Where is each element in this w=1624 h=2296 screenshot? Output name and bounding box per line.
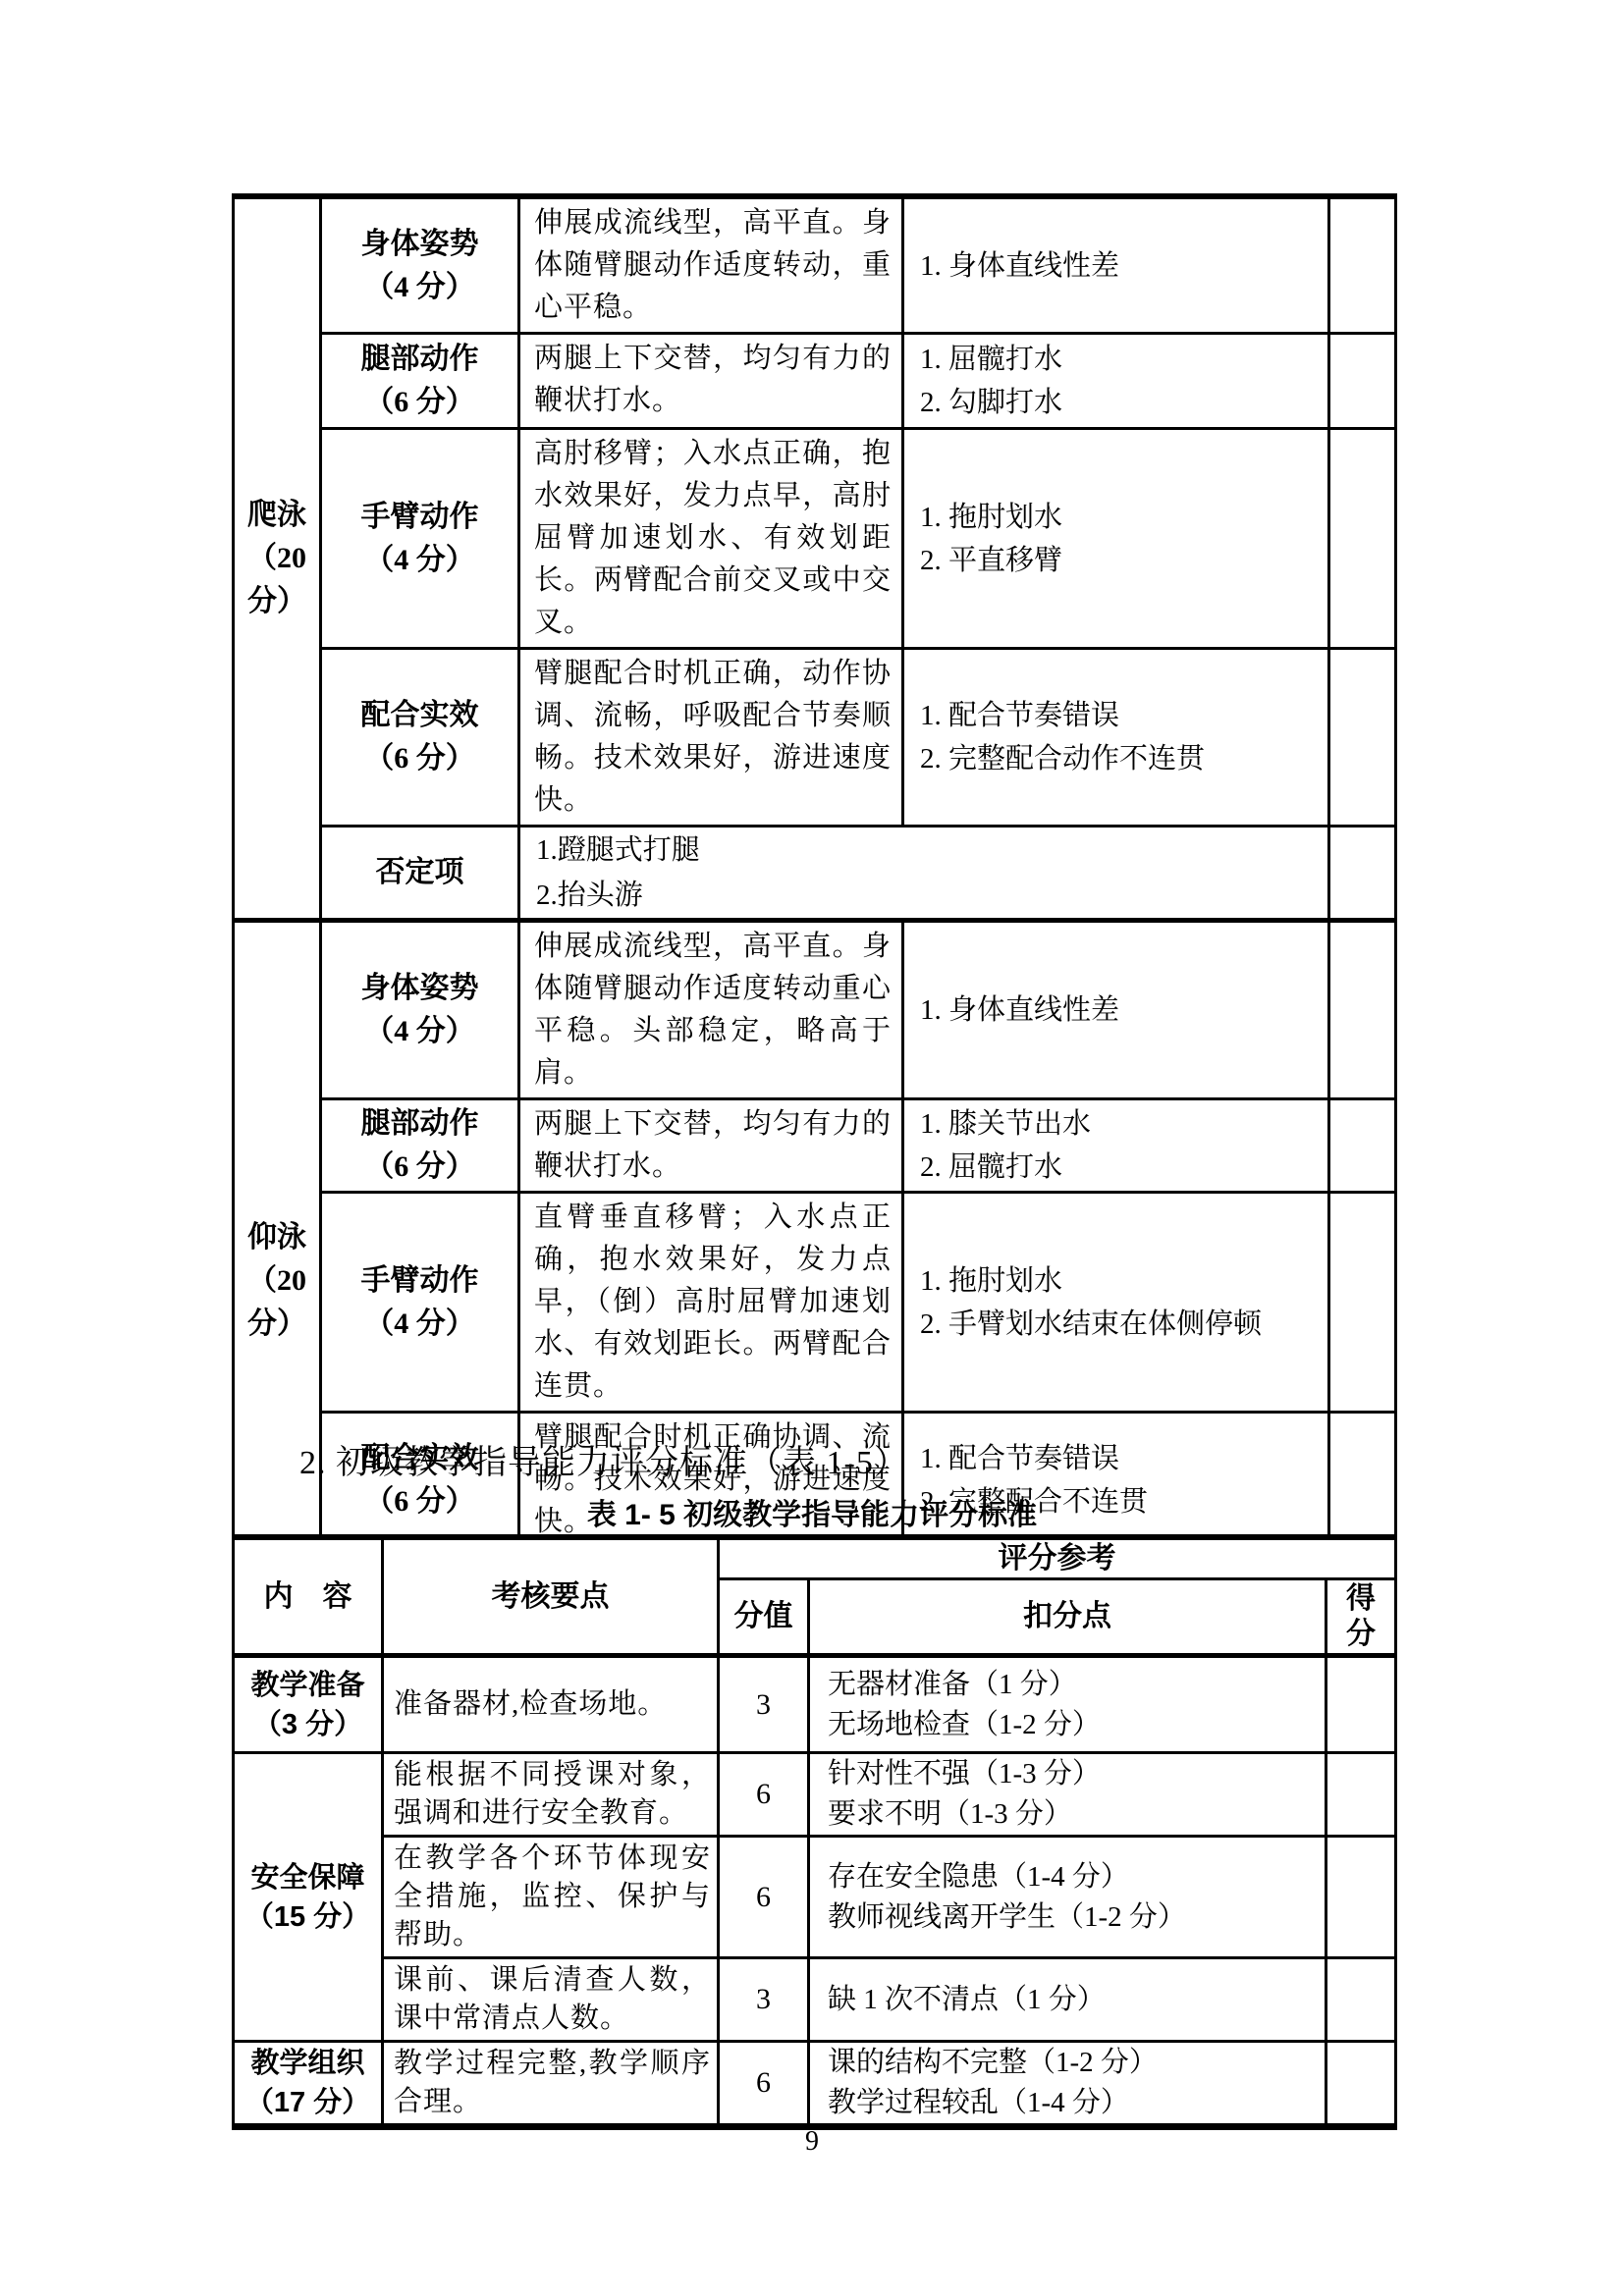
category-line: 爬泳 [235, 494, 319, 537]
description-cell: 两腿上下交替，均匀有力的鞭状打水。 [519, 1099, 903, 1193]
header-value: 分值 [719, 1579, 809, 1656]
key-point-cell: 课前、课后清查人数，课中常清点人数。 [383, 1958, 719, 2042]
item-label: 身体姿势 [322, 967, 517, 1010]
value-cell: 3 [719, 1958, 809, 2042]
item-cell: 腿部动作 （6 分） [321, 334, 519, 429]
section-heading: 2. 初级教学指导能力评分标准（表 1-5） [299, 1435, 908, 1483]
item-points: （6 分） [322, 1146, 517, 1189]
key-point-cell: 在教学各个环节体现安全措施，监控、保护与帮助。 [383, 1837, 719, 1958]
item-points: （4 分） [322, 1010, 517, 1053]
deduction-item: 针对性不强（1-3 分） [828, 1754, 1325, 1794]
item-cell: 手臂动作 （4 分） [321, 1193, 519, 1413]
deduction-item: 无场地检查（1-2 分） [828, 1705, 1325, 1745]
deduction-item: 教师视线离开学生（1-2 分） [828, 1897, 1325, 1938]
description-cell: 伸展成流线型，高平直。身体随臂腿动作适度转动重心平稳。头部稳定，略高于肩。 [519, 921, 903, 1099]
deduction-item: 缺 1 次不清点（1 分） [828, 1980, 1325, 2020]
row-label: 安全保障 [235, 1858, 381, 1897]
technique-scoring-table: 爬泳 （20 分） 身体姿势 （4 分） 伸展成流线型，高平直。身体随臂腿动作适… [232, 193, 1397, 1646]
table-row: 腿部动作 （6 分） 两腿上下交替，均匀有力的鞭状打水。 1. 膝关节出水 2.… [234, 1099, 1396, 1193]
table-row: 配合实效 （6 分） 臂腿配合时机正确，动作协调、流畅，呼吸配合节奏顺畅。技术效… [234, 649, 1396, 827]
header-content: 内 容 [234, 1537, 383, 1656]
score-cell-blank [1326, 2042, 1396, 2127]
description-cell: 两腿上下交替，均匀有力的鞭状打水。 [519, 334, 903, 429]
deduction-item: 教学过程较乱（1-4 分） [828, 2083, 1325, 2123]
deduction-cell: 1. 拖肘划水 2. 平直移臂 [903, 429, 1329, 649]
category-cell-crawl: 爬泳 （20 分） [234, 196, 321, 921]
deduction-cell: 1. 膝关节出水 2. 屈髋打水 [903, 1099, 1329, 1193]
row-label-points: （3 分） [235, 1705, 381, 1744]
deduction-item: 2. 平直移臂 [920, 539, 1327, 582]
header-score: 得分 [1326, 1579, 1396, 1656]
row-label-points: （17 分） [235, 2083, 381, 2122]
negation-cell: 1.蹬腿式打腿 2.抬头游 [519, 827, 1329, 921]
item-cell: 配合实效 （6 分） [321, 649, 519, 827]
table-row: 否定项 1.蹬腿式打腿 2.抬头游 [234, 827, 1396, 921]
category-line: 分） [235, 1303, 319, 1346]
item-label: 手臂动作 [322, 1259, 517, 1303]
category-line: 分） [235, 580, 319, 623]
score-cell-blank [1329, 429, 1396, 649]
table-row: 课前、课后清查人数，课中常清点人数。 3 缺 1 次不清点（1 分） [234, 1958, 1396, 2042]
item-points: （6 分） [322, 737, 517, 780]
item-points: （4 分） [322, 266, 517, 309]
deduction-cell: 课的结构不完整（1-2 分） 教学过程较乱（1-4 分） [809, 2042, 1326, 2127]
key-point-cell: 准备器材,检查场地。 [383, 1656, 719, 1753]
table-caption: 表 1- 5 初级教学指导能力评分标准 [0, 1490, 1624, 1533]
row-label-points: （15 分） [235, 1897, 381, 1937]
deduction-cell: 1. 身体直线性差 [903, 921, 1329, 1099]
item-cell: 手臂动作 （4 分） [321, 429, 519, 649]
deduction-item: 无器材准备（1 分） [828, 1665, 1325, 1705]
key-point-cell: 能根据不同授课对象，强调和进行安全教育。 [383, 1753, 719, 1837]
deduction-cell: 1. 屈髋打水 2. 勾脚打水 [903, 334, 1329, 429]
table-row: 手臂动作 （4 分） 直臂垂直移臂；入水点正确，抱水效果好，发力点早，（倒）高肘… [234, 1193, 1396, 1413]
category-line: （20 [235, 537, 319, 580]
deduction-item: 课的结构不完整（1-2 分） [828, 2043, 1325, 2083]
deduction-item: 1. 身体直线性差 [920, 244, 1327, 288]
negation-item: 2.抬头游 [536, 873, 1327, 918]
deduction-item: 1. 身体直线性差 [920, 988, 1327, 1032]
item-points: （4 分） [322, 1303, 517, 1346]
item-label: 手臂动作 [322, 496, 517, 539]
score-cell-blank [1329, 1099, 1396, 1193]
deduction-cell: 存在安全隐患（1-4 分） 教师视线离开学生（1-2 分） [809, 1837, 1326, 1958]
score-cell-blank [1329, 1193, 1396, 1413]
score-cell-blank [1329, 827, 1396, 921]
table-row: 手臂动作 （4 分） 高肘移臂；入水点正确，抱水效果好，发力点早，高肘屈臂加速划… [234, 429, 1396, 649]
value-cell: 6 [719, 1753, 809, 1837]
deduction-cell: 缺 1 次不清点（1 分） [809, 1958, 1326, 2042]
score-cell-blank [1329, 334, 1396, 429]
item-label: 否定项 [322, 851, 517, 894]
table-row: 安全保障 （15 分） 能根据不同授课对象，强调和进行安全教育。 6 针对性不强… [234, 1753, 1396, 1837]
header-key-points: 考核要点 [383, 1537, 719, 1656]
item-points: （6 分） [322, 381, 517, 424]
value-cell: 6 [719, 1837, 809, 1958]
deduction-item: 要求不明（1-3 分） [828, 1794, 1325, 1835]
score-cell-blank [1326, 1753, 1396, 1837]
category-line: （20 [235, 1259, 319, 1303]
table-row: 仰泳 （20 分） 身体姿势 （4 分） 伸展成流线型，高平直。身体随臂腿动作适… [234, 921, 1396, 1099]
header-row: 内 容 考核要点 评分参考 [234, 1537, 1396, 1579]
key-point-cell: 教学过程完整,教学顺序合理。 [383, 2042, 719, 2127]
value-cell: 3 [719, 1656, 809, 1753]
item-label: 配合实效 [322, 694, 517, 737]
deduction-cell: 无器材准备（1 分） 无场地检查（1-2 分） [809, 1656, 1326, 1753]
item-cell: 身体姿势 （4 分） [321, 196, 519, 334]
table-row: 爬泳 （20 分） 身体姿势 （4 分） 伸展成流线型，高平直。身体随臂腿动作适… [234, 196, 1396, 334]
row-label-cell: 安全保障 （15 分） [234, 1753, 383, 2042]
deduction-cell: 针对性不强（1-3 分） 要求不明（1-3 分） [809, 1753, 1326, 1837]
table-row: 教学准备 （3 分） 准备器材,检查场地。 3 无器材准备（1 分） 无场地检查… [234, 1656, 1396, 1753]
row-label-cell: 教学准备 （3 分） [234, 1656, 383, 1753]
deduction-item: 1. 拖肘划水 [920, 496, 1327, 539]
header-scoring-reference: 评分参考 [719, 1537, 1396, 1579]
score-cell-blank [1326, 1837, 1396, 1958]
negation-item: 1.蹬腿式打腿 [536, 828, 1327, 873]
item-cell: 否定项 [321, 827, 519, 921]
description-cell: 直臂垂直移臂；入水点正确，抱水效果好，发力点早，（倒）高肘屈臂加速划水、有效划距… [519, 1193, 903, 1413]
deduction-item: 2. 勾脚打水 [920, 381, 1327, 424]
score-cell-blank [1329, 921, 1396, 1099]
item-cell: 腿部动作 （6 分） [321, 1099, 519, 1193]
table-row: 腿部动作 （6 分） 两腿上下交替，均匀有力的鞭状打水。 1. 屈髋打水 2. … [234, 334, 1396, 429]
deduction-item: 1. 配合节奏错误 [920, 694, 1327, 737]
deduction-item: 2. 完整配合动作不连贯 [920, 737, 1327, 780]
category-line: 仰泳 [235, 1216, 319, 1259]
score-cell-blank [1329, 649, 1396, 827]
deduction-item: 2. 手臂划水结束在体侧停顿 [920, 1303, 1327, 1346]
score-cell-blank [1329, 196, 1396, 334]
deduction-cell: 1. 身体直线性差 [903, 196, 1329, 334]
row-label-cell: 教学组织 （17 分） [234, 2042, 383, 2127]
deduction-cell: 1. 配合节奏错误 2. 完整配合动作不连贯 [903, 649, 1329, 827]
page-number: 9 [0, 2126, 1624, 2158]
deduction-item: 1. 屈髋打水 [920, 338, 1327, 381]
value-cell: 6 [719, 2042, 809, 2127]
score-cell-blank [1326, 1958, 1396, 2042]
table-row: 在教学各个环节体现安全措施，监控、保护与帮助。 6 存在安全隐患（1-4 分） … [234, 1837, 1396, 1958]
deduction-cell: 1. 拖肘划水 2. 手臂划水结束在体侧停顿 [903, 1193, 1329, 1413]
item-label: 腿部动作 [322, 338, 517, 381]
row-label: 教学准备 [235, 1666, 381, 1705]
teaching-scoring-table: 内 容 考核要点 评分参考 分值 扣分点 得分 教学准备 （3 分） 准备器材,… [232, 1534, 1397, 2130]
item-label: 腿部动作 [322, 1102, 517, 1146]
item-points: （4 分） [322, 539, 517, 582]
table-row: 教学组织 （17 分） 教学过程完整,教学顺序合理。 6 课的结构不完整（1-2… [234, 2042, 1396, 2127]
description-cell: 高肘移臂；入水点正确，抱水效果好，发力点早，高肘屈臂加速划水、有效划距长。两臂配… [519, 429, 903, 649]
deduction-item: 2. 屈髋打水 [920, 1146, 1327, 1189]
description-cell: 臂腿配合时机正确，动作协调、流畅，呼吸配合节奏顺畅。技术效果好，游进速度快。 [519, 649, 903, 827]
row-label: 教学组织 [235, 2044, 381, 2083]
deduction-item: 1. 拖肘划水 [920, 1259, 1327, 1303]
deduction-item: 存在安全隐患（1-4 分） [828, 1857, 1325, 1897]
item-cell: 身体姿势 （4 分） [321, 921, 519, 1099]
deduction-item: 1. 配合节奏错误 [920, 1437, 1327, 1480]
description-cell: 伸展成流线型，高平直。身体随臂腿动作适度转动，重心平稳。 [519, 196, 903, 334]
deduction-item: 1. 膝关节出水 [920, 1102, 1327, 1146]
header-deduction: 扣分点 [809, 1579, 1326, 1656]
score-cell-blank [1326, 1656, 1396, 1753]
item-label: 身体姿势 [322, 223, 517, 266]
